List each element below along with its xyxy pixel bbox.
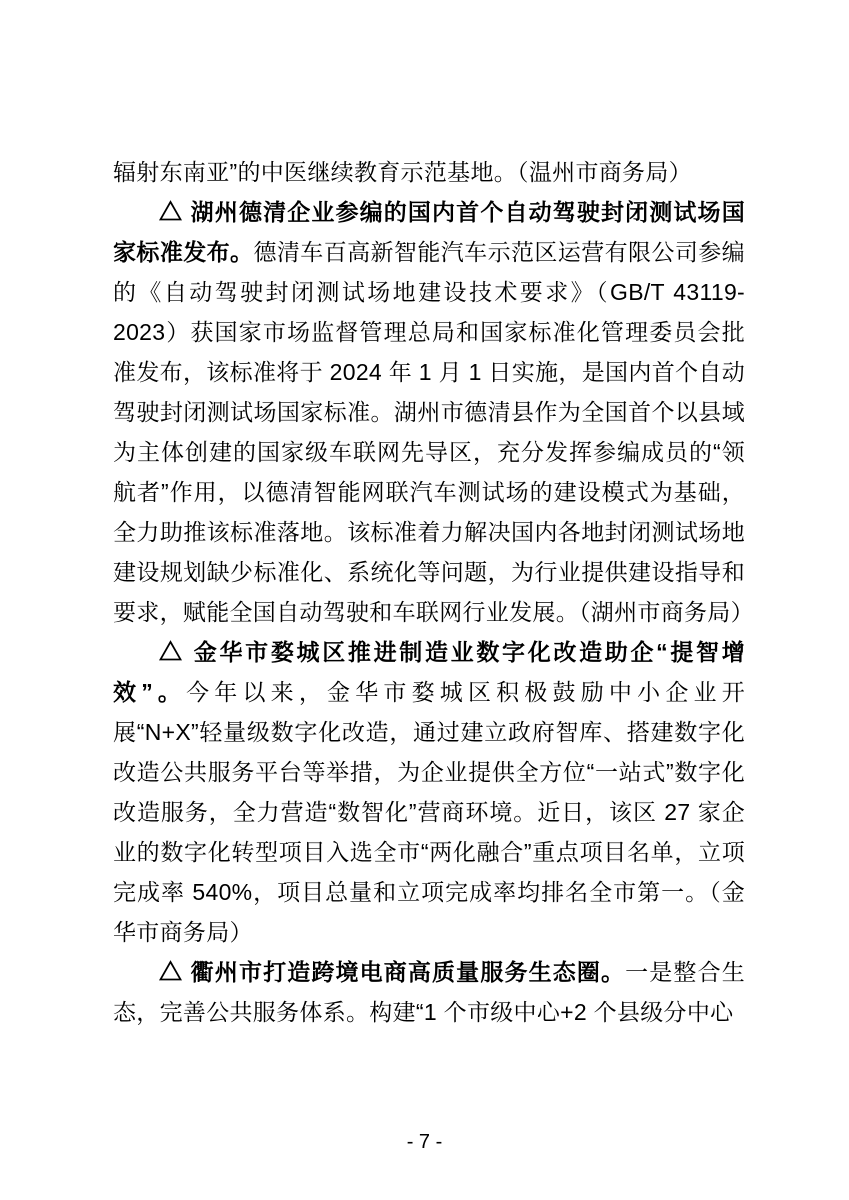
paragraph-text: 辐射东南亚”的中医继续教育示范基地。（温州市商务局） (113, 159, 692, 185)
paragraph-text: 德清车百高新智能汽车示范区运营有限公司参编的《自动驾驶封闭测试场地建设技术要求》… (113, 239, 754, 625)
paragraph: △ 衢州市打造跨境电商高质量服务生态圈。一是整合生态，完善公共服务体系。构建“1… (113, 952, 745, 1032)
document-body: 辐射东南亚”的中医继续教育示范基地。（温州市商务局）△ 湖州德清企业参编的国内首… (113, 152, 745, 1032)
paragraph: △ 湖州德清企业参编的国内首个自动驾驶封闭测试场国家标准发布。德清车百高新智能汽… (113, 192, 745, 632)
page-footer: - 7 - (0, 1130, 849, 1154)
paragraph: △ 金华市婺城区推进制造业数字化改造助企“提智增效”。今年以来，金华市婺城区积极… (113, 632, 745, 952)
paragraph: 辐射东南亚”的中医继续教育示范基地。（温州市商务局） (113, 152, 745, 192)
paragraph-text: 今年以来，金华市婺城区积极鼓励中小企业开展“N+X”轻量级数字化改造，通过建立政… (113, 679, 745, 945)
page-number: - 7 - (407, 1131, 443, 1153)
document-page: 辐射东南亚”的中医继续教育示范基地。（温州市商务局）△ 湖州德清企业参编的国内首… (0, 0, 849, 1200)
paragraph-lead-bold: △ 衢州市打造跨境电商高质量服务生态圈。 (159, 959, 625, 985)
